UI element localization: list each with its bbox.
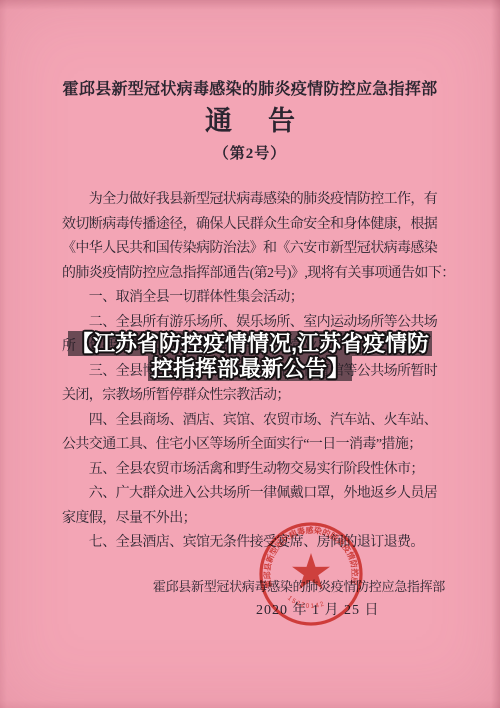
seal-serial-number: 15220142 — [286, 595, 326, 610]
body-line-item4-cont: 公共交通工具、住宅小区等场所全面实行“一日一消毒”措施； — [62, 433, 442, 458]
body-line-item3-cont: 关闭，宗教场所暂停群众性宗教活动； — [62, 384, 442, 409]
body-line-item6-cont: 家度假，尽量不外出； — [62, 507, 442, 532]
body-line-item7: 七、全县酒店、宾馆无条件接受宴席、房间的退订退费。 — [62, 531, 442, 556]
notice-title: 通告 — [0, 99, 500, 138]
body-line-item5: 五、全县农贸市场活禽和野生动物交易实行阶段性休市； — [62, 458, 442, 483]
caption-line-1: 【江苏省防控疫情情况,江苏省疫情防 — [68, 331, 432, 356]
news-caption-overlay: 【江苏省防控疫情情况,江苏省疫情防 控指挥部最新公告】 — [0, 331, 500, 381]
official-red-seal: 霍邱县新型冠状病毒感染的肺炎疫情防控应急指挥部 15220142 — [256, 519, 366, 629]
body-line-item6: 六、广大群众进入公共场所一律佩戴口罩，外地返乡人员居 — [62, 482, 442, 507]
body-line: 为全力做好我县新型冠状病毒感染的肺炎疫情防控工作，有 — [62, 188, 442, 213]
body-line: 《中华人民共和国传染病防治法》和《六安市新型冠状病毒感染 — [62, 237, 442, 262]
notice-issuer-heading: 霍邱县新型冠状病毒感染的肺炎疫情防控应急指挥部 — [0, 76, 500, 99]
seal-star-icon — [292, 553, 330, 589]
body-line-item1: 一、取消全县一切群体性集会活动； — [62, 286, 442, 311]
body-line-item4: 四、全县商场、酒店、宾馆、农贸市场、汽车站、火车站、 — [62, 409, 442, 434]
notice-issue-number: （第2号） — [0, 142, 500, 163]
body-line: 效切断病毒传播途径，确保人民群众生命安全和身体健康，根据 — [62, 213, 442, 238]
caption-line-2: 控指挥部最新公告】 — [148, 356, 352, 381]
body-line: 的肺炎疫情防控应急指挥部通告(第2号)》,现将有关事项通告如下： — [62, 262, 442, 287]
